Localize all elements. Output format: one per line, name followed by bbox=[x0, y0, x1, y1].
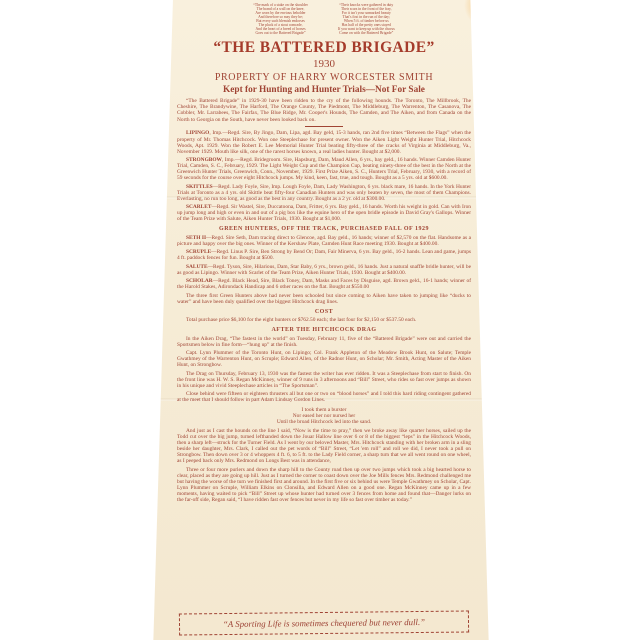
horse-desc: —Regd. Sir Wastel, Sire, Duccatoona, Dam… bbox=[177, 204, 471, 222]
horse-entry-scholar: SCHOLAR—Regd. Black Head, Sire, Black To… bbox=[177, 278, 471, 290]
epigraph-verse-left: “The mark of a stake on the shoulder The… bbox=[253, 3, 308, 35]
horse-entry-skittles: SKITTLES—Regd. Lady Foyle, Sire, Imp. Lo… bbox=[177, 184, 471, 202]
motto-box: “A Sporting Life is sometimes chequered … bbox=[179, 610, 469, 635]
drag-paragraph-5: And just as I cast the hounds on the lin… bbox=[177, 428, 471, 464]
cost-paragraph: Total purchase price $6,100 for the eigh… bbox=[177, 317, 471, 323]
owner-line: PROPERTY OF HARRY WORCESTER SMITH bbox=[177, 72, 471, 83]
drag-paragraph-3: The Drag on Thursday, February 13, 1930 … bbox=[177, 371, 471, 389]
drag-paragraph-4: Close behind were fifteen or eighteen th… bbox=[177, 391, 471, 403]
after-drag-heading: AFTER THE HITCHCOCK DRAG bbox=[177, 327, 471, 333]
horse-desc: —Regd. Linus P. Sire, Ben Strong by Bend… bbox=[177, 249, 471, 261]
page-title: “THE BATTERED BRIGADE” bbox=[177, 39, 471, 57]
flyer-paper: “The mark of a stake on the shoulder The… bbox=[152, 0, 490, 640]
epigraph-verse-right: “Their knocks were gathered in duty Thei… bbox=[338, 3, 395, 35]
drag-paragraph-2: Capt. Lynn Plummer of the Toronto Hunt, … bbox=[177, 350, 471, 368]
photo-background: “The mark of a stake on the shoulder The… bbox=[0, 0, 640, 640]
horse-desc: , Imp.—Regd. Sire, By Jingo, Dam, Lipa, … bbox=[177, 130, 471, 154]
horse-entry-seth: SETH II—Regd. Sire Seth, Dam tracing dir… bbox=[177, 235, 471, 247]
horse-desc: —Regd. Black Head, Sire, Black Toney, Da… bbox=[177, 278, 471, 290]
drag-paragraph-1: In the Aiken Drag, “The fastest in the w… bbox=[177, 336, 471, 348]
divider-rule bbox=[305, 126, 343, 127]
horse-desc: —Regd. Sire Seth, Dam tracing direct to … bbox=[177, 235, 471, 247]
title-year: 1930 bbox=[177, 58, 471, 70]
intro-paragraph: “The Battered Brigade” in 1929-30 have b… bbox=[177, 98, 471, 122]
horse-entry-lipingo: LIPINGO, Imp.—Regd. Sire, By Jingo, Dam,… bbox=[177, 130, 471, 154]
motto-text: “A Sporting Life is sometimes chequered … bbox=[223, 616, 425, 628]
cost-heading: COST bbox=[177, 309, 471, 315]
horse-desc: , Imp.—Regd. Bridegroom. Sire, Hapsburg,… bbox=[177, 157, 471, 181]
subtitle-line: Kept for Hunting and Hunter Trials—Not F… bbox=[177, 85, 471, 95]
horse-entry-strongbow: STRONGBOW, Imp.—Regd. Bridegroom. Sire, … bbox=[177, 157, 471, 181]
gordon-lines-verse: I took them a burster Nor eased her nor … bbox=[177, 407, 471, 426]
horse-entry-scruple: SCRUPLE—Regd. Linus P. Sire, Ben Strong … bbox=[177, 249, 471, 261]
horse-entry-salute: SALUTE—Regd. Tyson, Sire, Hilarious, Dam… bbox=[177, 264, 471, 276]
drag-paragraph-6: Three or four more purlers and down the … bbox=[177, 467, 471, 503]
horse-desc: —Regd. Lady Foyle, Sire, Imp. Lough Foyl… bbox=[177, 184, 471, 202]
green-hunters-heading: GREEN HUNTERS, OFF THE TRACK, PURCHASED … bbox=[177, 226, 471, 232]
flyer-content: “The mark of a stake on the shoulder The… bbox=[177, 0, 471, 640]
epigraph-verses: “The mark of a stake on the shoulder The… bbox=[177, 3, 471, 35]
horse-entry-scarlet: SCARLET—Regd. Sir Wastel, Sire, Duccatoo… bbox=[177, 204, 471, 222]
horse-desc: —Regd. Tyson, Sire, Hilarious, Dam, Star… bbox=[177, 264, 471, 276]
green-note-paragraph: The three first Green Hunters above had … bbox=[177, 293, 471, 305]
